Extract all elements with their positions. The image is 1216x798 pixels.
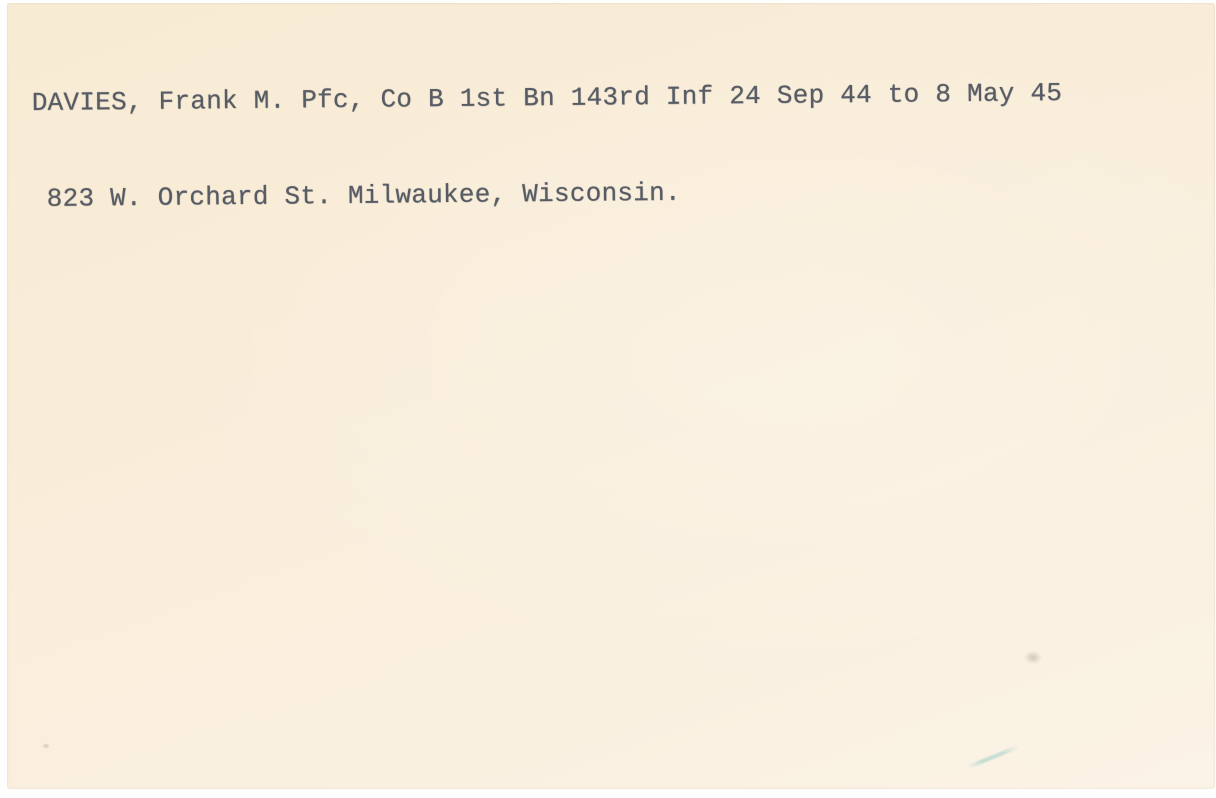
service-record-line: DAVIES, Frank M. Pfc, Co B 1st Bn 143rd … bbox=[32, 77, 1063, 119]
speck-mark bbox=[43, 744, 49, 748]
scanner-background: DAVIES, Frank M. Pfc, Co B 1st Bn 143rd … bbox=[0, 0, 1216, 798]
pencil-mark bbox=[966, 745, 1019, 770]
typewritten-text-block: DAVIES, Frank M. Pfc, Co B 1st Bn 143rd … bbox=[31, 13, 1064, 279]
address-line: 823 W. Orchard St. Milwaukee, Wisconsin. bbox=[33, 173, 1064, 215]
index-card: DAVIES, Frank M. Pfc, Co B 1st Bn 143rd … bbox=[7, 3, 1215, 789]
smudge-mark bbox=[1024, 651, 1042, 664]
